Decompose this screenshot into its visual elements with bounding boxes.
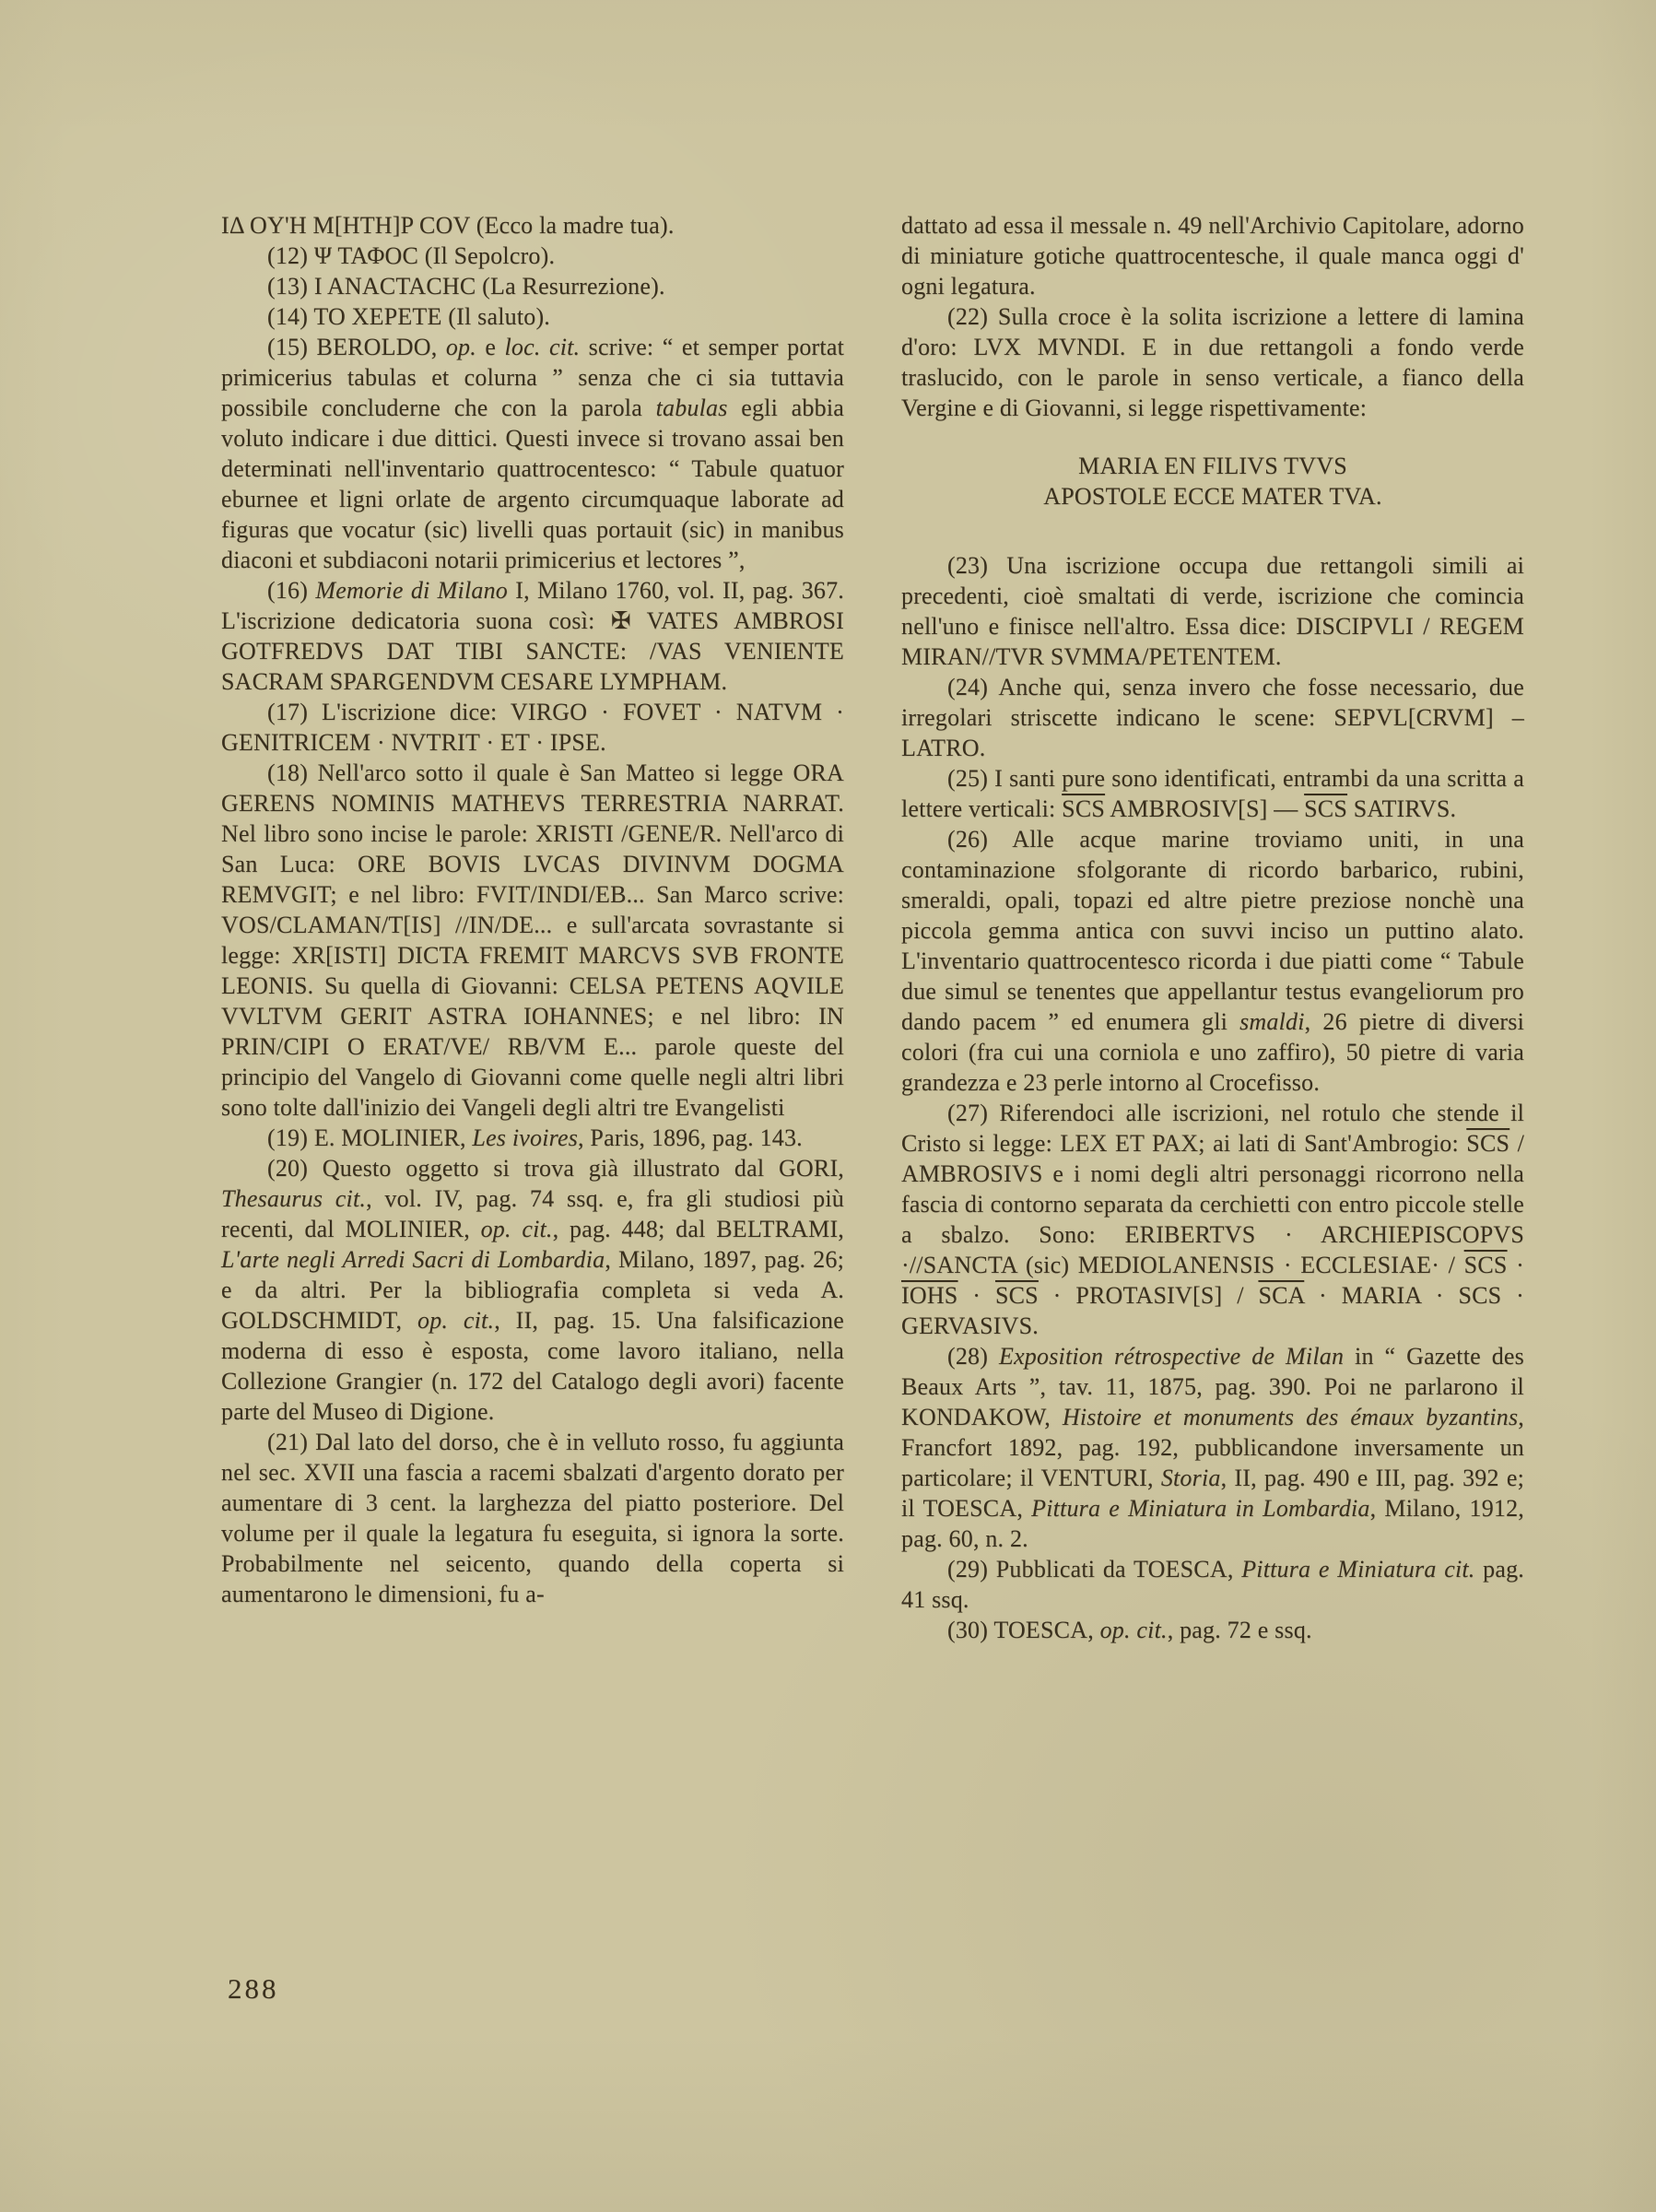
footnote-paragraph: (29) Pubblicati da TOESCA, Pittura e Min… xyxy=(901,1554,1524,1615)
footnote-paragraph: (12) Ψ ΤΑΦΟC (Il Sepolcro). xyxy=(221,241,844,271)
footnote-paragraph: (28) Exposition rétrospective de Milan i… xyxy=(901,1341,1524,1554)
page-number: 288 xyxy=(228,1972,279,2006)
footnote-paragraph: (25) I santi pure sono identificati, ent… xyxy=(901,763,1524,824)
footnote-paragraph: (23) Una iscrizione occupa due rettangol… xyxy=(901,550,1524,672)
right-column: dattato ad essa il messale n. 49 nell'Ar… xyxy=(901,210,1524,1645)
footnote-paragraph: (13) I ANACTACHC (La Resurrezione). xyxy=(221,271,844,301)
footnote-paragraph: (17) L'iscrizione dice: VIRGO · FOVET · … xyxy=(221,697,844,758)
footnote-paragraph: dattato ad essa il messale n. 49 nell'Ar… xyxy=(901,210,1524,301)
footnote-paragraph: (22) Sulla croce è la solita iscrizione … xyxy=(901,301,1524,423)
footnote-paragraph: (26) Alle acque marine troviamo uniti, i… xyxy=(901,824,1524,1098)
footnote-paragraph: (16) Memorie di Milano I, Milano 1760, v… xyxy=(221,575,844,697)
footnote-paragraph: (19) E. MOLINIER, Les ivoires, Paris, 18… xyxy=(221,1123,844,1153)
footnote-paragraph: (14) TO XEPETE (Il saluto). xyxy=(221,301,844,332)
left-column: IΔ OΥ'H M[HTH]P COV (Ecco la madre tua).… xyxy=(221,210,844,1609)
footnote-paragraph: MARIA EN FILIVS TVVS xyxy=(901,451,1524,481)
footnote-paragraph: (24) Anche qui, senza invero che fosse n… xyxy=(901,672,1524,763)
footnote-paragraph: IΔ OΥ'H M[HTH]P COV (Ecco la madre tua). xyxy=(221,210,844,241)
footnote-paragraph: (21) Dal lato del dorso, che è in vellut… xyxy=(221,1427,844,1609)
footnote-paragraph: (18) Nell'arco sotto il quale è San Matt… xyxy=(221,758,844,1123)
footnote-paragraph: APOSTOLE ECCE MATER TVA. xyxy=(901,481,1524,512)
footnote-paragraph: (15) BEROLDO, op. e loc. cit. scrive: “ … xyxy=(221,332,844,575)
footnote-paragraph: (20) Questo oggetto si trova già illustr… xyxy=(221,1153,844,1427)
footnote-paragraph: (30) TOESCA, op. cit., pag. 72 e ssq. xyxy=(901,1615,1524,1645)
footnote-paragraph: (27) Riferendoci alle iscrizioni, nel ro… xyxy=(901,1098,1524,1341)
